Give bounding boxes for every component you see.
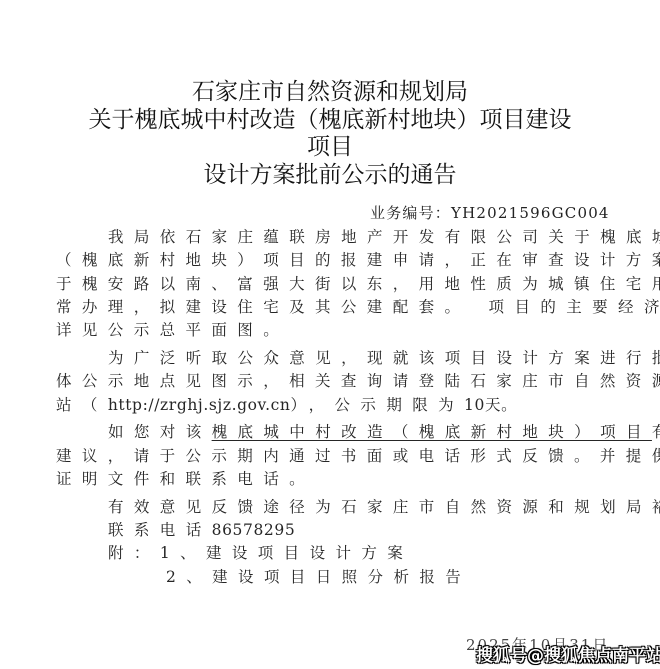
paragraph-application: 我局依石家庄蕴联房地产开发有限公司关于槐底城中村改造 （槐底新村地块）项目的报建…: [56, 226, 596, 342]
paragraph-objections: 如您对该槐底城中村改造（槐底新村地块）项目有不同意见或 建议，请于公示期内通过书…: [56, 421, 596, 491]
paragraph-line: 于槐安路以南、富强大街以东，用地性质为城镇住宅用地，属于正: [56, 273, 596, 296]
paragraph-line: 证明文件和联系电话。: [56, 468, 596, 491]
paragraph-line: 常办理，拟建设住宅及其公建配套。 项目的主要经济技术指标: [56, 296, 596, 319]
document-title: 石家庄市自然资源和规划局 关于槐底城中村改造（槐底新村地块）项目建设 项目 设计…: [0, 79, 660, 189]
paragraph-line: 站（http://zrghj.sjz.gov.cn），公示期限为10天。: [56, 394, 596, 417]
attachment-item-2: 2、建设项目日照分析报告: [56, 566, 596, 589]
title-line-subject-cont: 项目: [0, 134, 660, 162]
paragraph-public-notice: 为广泛听取公众意见，现就该项目设计方案进行批前公示（具 体公示地点见图示，相关查…: [56, 347, 596, 417]
attachment-item-1: 附：1、建设项目设计方案: [56, 542, 596, 565]
paragraph-line: 详见公示总平面图。: [56, 319, 596, 342]
attachments-label: 附：: [108, 544, 160, 562]
notice-period: 10天: [464, 396, 501, 414]
paragraph-line: 建议，请于公示期内通过书面或电话形式反馈。并提供身份及产权: [56, 445, 596, 468]
paragraph-line: 我局依石家庄蕴联房地产开发有限公司关于槐底城中村改造: [56, 226, 596, 249]
project-name-underlined: 槐底城中村改造（槐底新村地块）项目: [212, 423, 652, 441]
paragraph-line: 为广泛听取公众意见，现就该项目设计方案进行批前公示（具: [56, 347, 596, 370]
title-line-issuer: 石家庄市自然资源和规划局: [0, 79, 660, 107]
business-number: 业务编号：YH2021596GC004: [370, 202, 610, 224]
feedback-channel: 有效意见反馈途径为石家庄市自然资源和规划局裕华分局: [56, 496, 596, 519]
document-body: 我局依石家庄蕴联房地产开发有限公司关于槐底城中村改造 （槐底新村地块）项目的报建…: [56, 226, 596, 589]
paragraph-line: 如您对该槐底城中村改造（槐底新村地块）项目有不同意见或: [56, 421, 596, 444]
phone-number: 86578295: [212, 521, 296, 539]
title-line-notice: 设计方案批前公示的通告: [0, 162, 660, 190]
source-watermark: 搜狐号@搜狐焦点南平站: [476, 641, 660, 666]
paragraph-line: 体公示地点见图示，相关查询请登陆石家庄市自然资源和规划局网: [56, 370, 596, 393]
title-line-subject: 关于槐底城中村改造（槐底新村地块）项目建设: [0, 107, 660, 135]
contact-phone: 联系电话86578295: [56, 519, 596, 542]
website-link[interactable]: http://zrghj.sjz.gov.cn: [108, 396, 291, 414]
paragraph-line: （槐底新村地块）项目的报建申请，正在审查设计方案。该项目位: [56, 249, 596, 272]
